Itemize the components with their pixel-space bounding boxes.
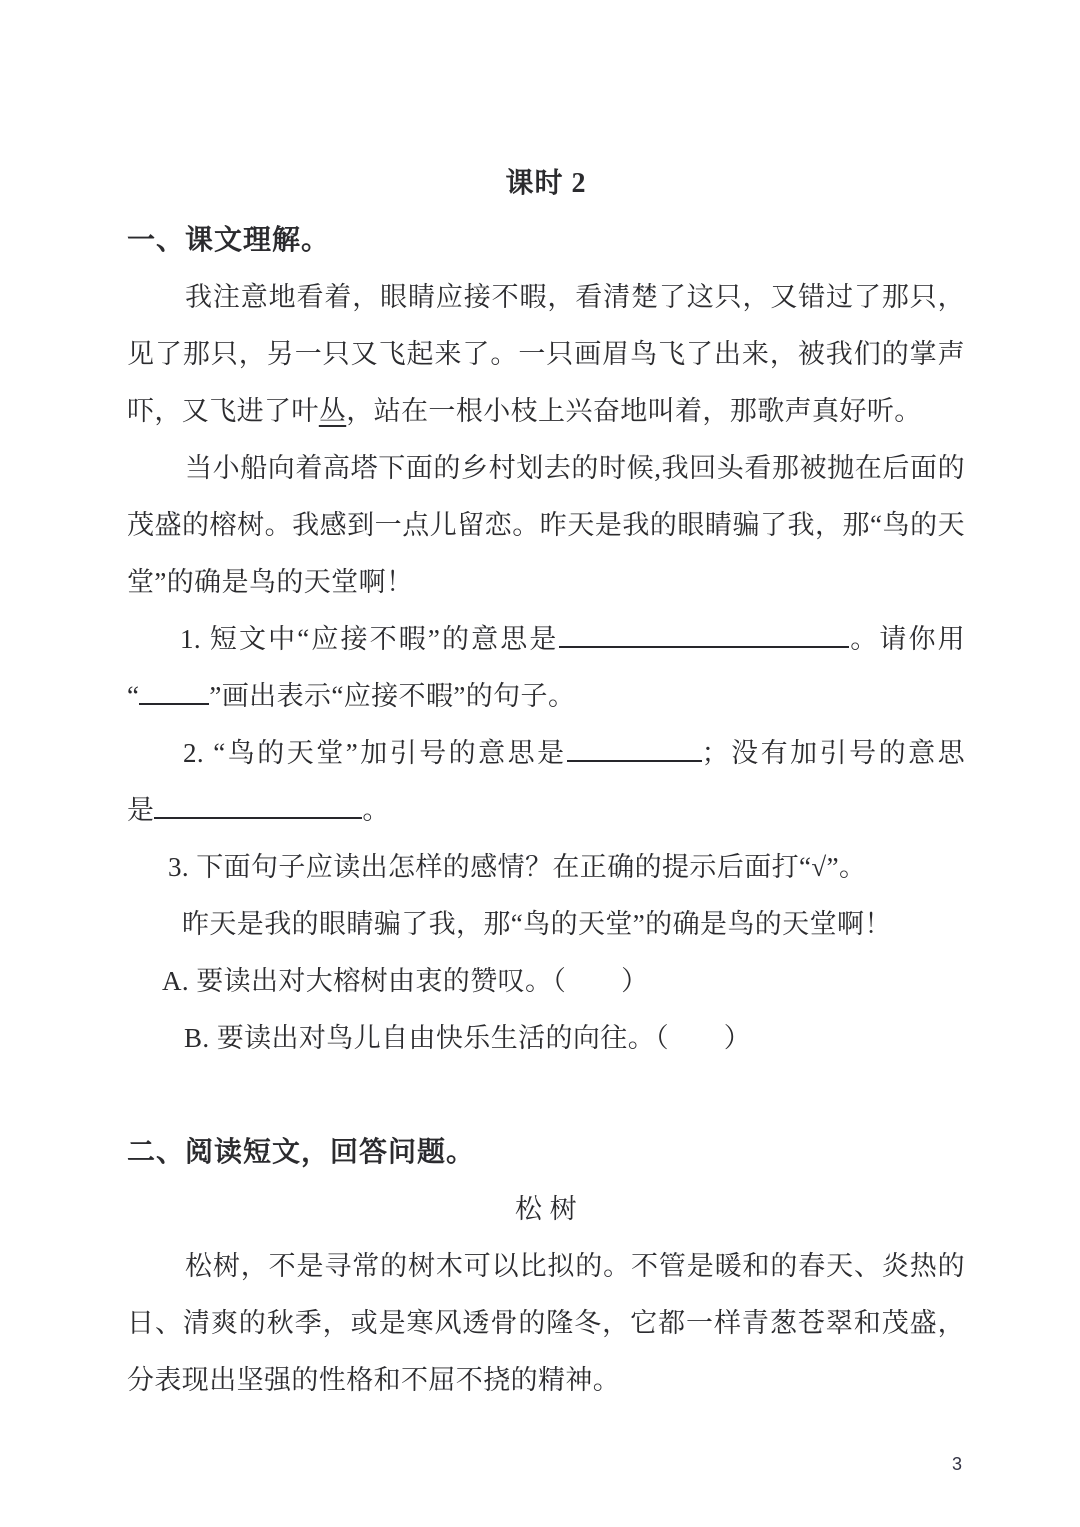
passage3-line3: 分表现出坚强的性格和不屈不挠的精神。 bbox=[127, 1352, 965, 1409]
section2-heading: 二、阅读短文，回答问题。 bbox=[127, 1124, 965, 1181]
question1-line1-post: 。请你用 bbox=[849, 624, 966, 654]
passage1-line3-pre: 吓，又飞进了叶 bbox=[127, 396, 319, 426]
question3-option-a: A. 要读出对大榕树由衷的赞叹。（ ） bbox=[127, 953, 965, 1010]
question2-line2-pre: 是 bbox=[127, 795, 154, 825]
question2-line1: 2. “鸟的天堂”加引号的意思是；没有加引号的意思 bbox=[127, 725, 965, 782]
passage1-line2: 见了那只，另一只又飞起来了。一只画眉鸟飞了出来，被我们的掌声一 bbox=[127, 326, 965, 383]
passage1-line3-post: ，站在一根小枝上兴奋地叫着，那歌声真好听。 bbox=[346, 396, 921, 426]
question3-sentence: 昨天是我的眼睛骗了我，那“鸟的天堂”的确是鸟的天堂啊！ bbox=[127, 896, 965, 953]
passage1-line1: 我注意地看着，眼睛应接不暇，看清楚了这只，又错过了那只，看 bbox=[127, 269, 965, 326]
question2-line2: 是。 bbox=[127, 782, 965, 839]
passage2-line1: 当小船向着高塔下面的乡村划去的时候,我回头看那被抛在后面的 bbox=[127, 440, 965, 497]
question3-option-b: B. 要读出对鸟儿自由快乐生活的向往。（ ） bbox=[127, 1010, 965, 1067]
worksheet-page: 课时 2 一、课文理解。 我注意地看着，眼睛应接不暇，看清楚了这只，又错过了那只… bbox=[0, 0, 1080, 1527]
page-title: 课时 2 bbox=[127, 155, 965, 212]
question1-line2-pre: “ bbox=[127, 681, 139, 711]
passage3-title: 松 树 bbox=[127, 1181, 965, 1238]
passage3-line1: 松树，不是寻常的树木可以比拟的。不管是暖和的春天、炎热的夏 bbox=[127, 1238, 965, 1295]
worksheet-content: 课时 2 一、课文理解。 我注意地看着，眼睛应接不暇，看清楚了这只，又错过了那只… bbox=[127, 155, 965, 1409]
underlined-word: 丛 bbox=[319, 396, 346, 426]
passage3-line2: 日、清爽的秋季，或是寒风透骨的隆冬，它都一样青葱苍翠和茂盛，充 bbox=[127, 1295, 965, 1352]
question1-line2-post: ”画出表示“应接不暇”的句子。 bbox=[209, 681, 575, 711]
passage2-line3: 堂”的确是鸟的天堂啊！ bbox=[127, 554, 965, 611]
question1-line1: 1. 短文中“应接不暇”的意思是。请你用 bbox=[127, 611, 965, 668]
passage1-line3: 吓，又飞进了叶丛，站在一根小枝上兴奋地叫着，那歌声真好听。 bbox=[127, 383, 965, 440]
answer-blank-q1a bbox=[559, 619, 849, 648]
question1-line1-pre: 1. 短文中“应接不暇”的意思是 bbox=[180, 624, 559, 654]
answer-blank-q2a bbox=[567, 733, 702, 762]
question2-line2-post: 。 bbox=[362, 795, 389, 825]
question2-line1-pre: 2. “鸟的天堂”加引号的意思是 bbox=[183, 738, 567, 768]
answer-blank-q1b bbox=[139, 676, 209, 705]
page-number: 3 bbox=[952, 1452, 962, 1476]
answer-blank-q2b bbox=[154, 790, 362, 819]
question3-prompt: 3. 下面句子应读出怎样的感情？在正确的提示后面打“√”。 bbox=[127, 839, 965, 896]
question1-line2: “”画出表示“应接不暇”的句子。 bbox=[127, 668, 965, 725]
passage2-line2: 茂盛的榕树。我感到一点儿留恋。昨天是我的眼睛骗了我，那“鸟的天 bbox=[127, 497, 965, 554]
blank-line bbox=[127, 1067, 965, 1124]
question2-line1-post: ；没有加引号的意思 bbox=[702, 738, 965, 768]
section1-heading: 一、课文理解。 bbox=[127, 212, 965, 269]
